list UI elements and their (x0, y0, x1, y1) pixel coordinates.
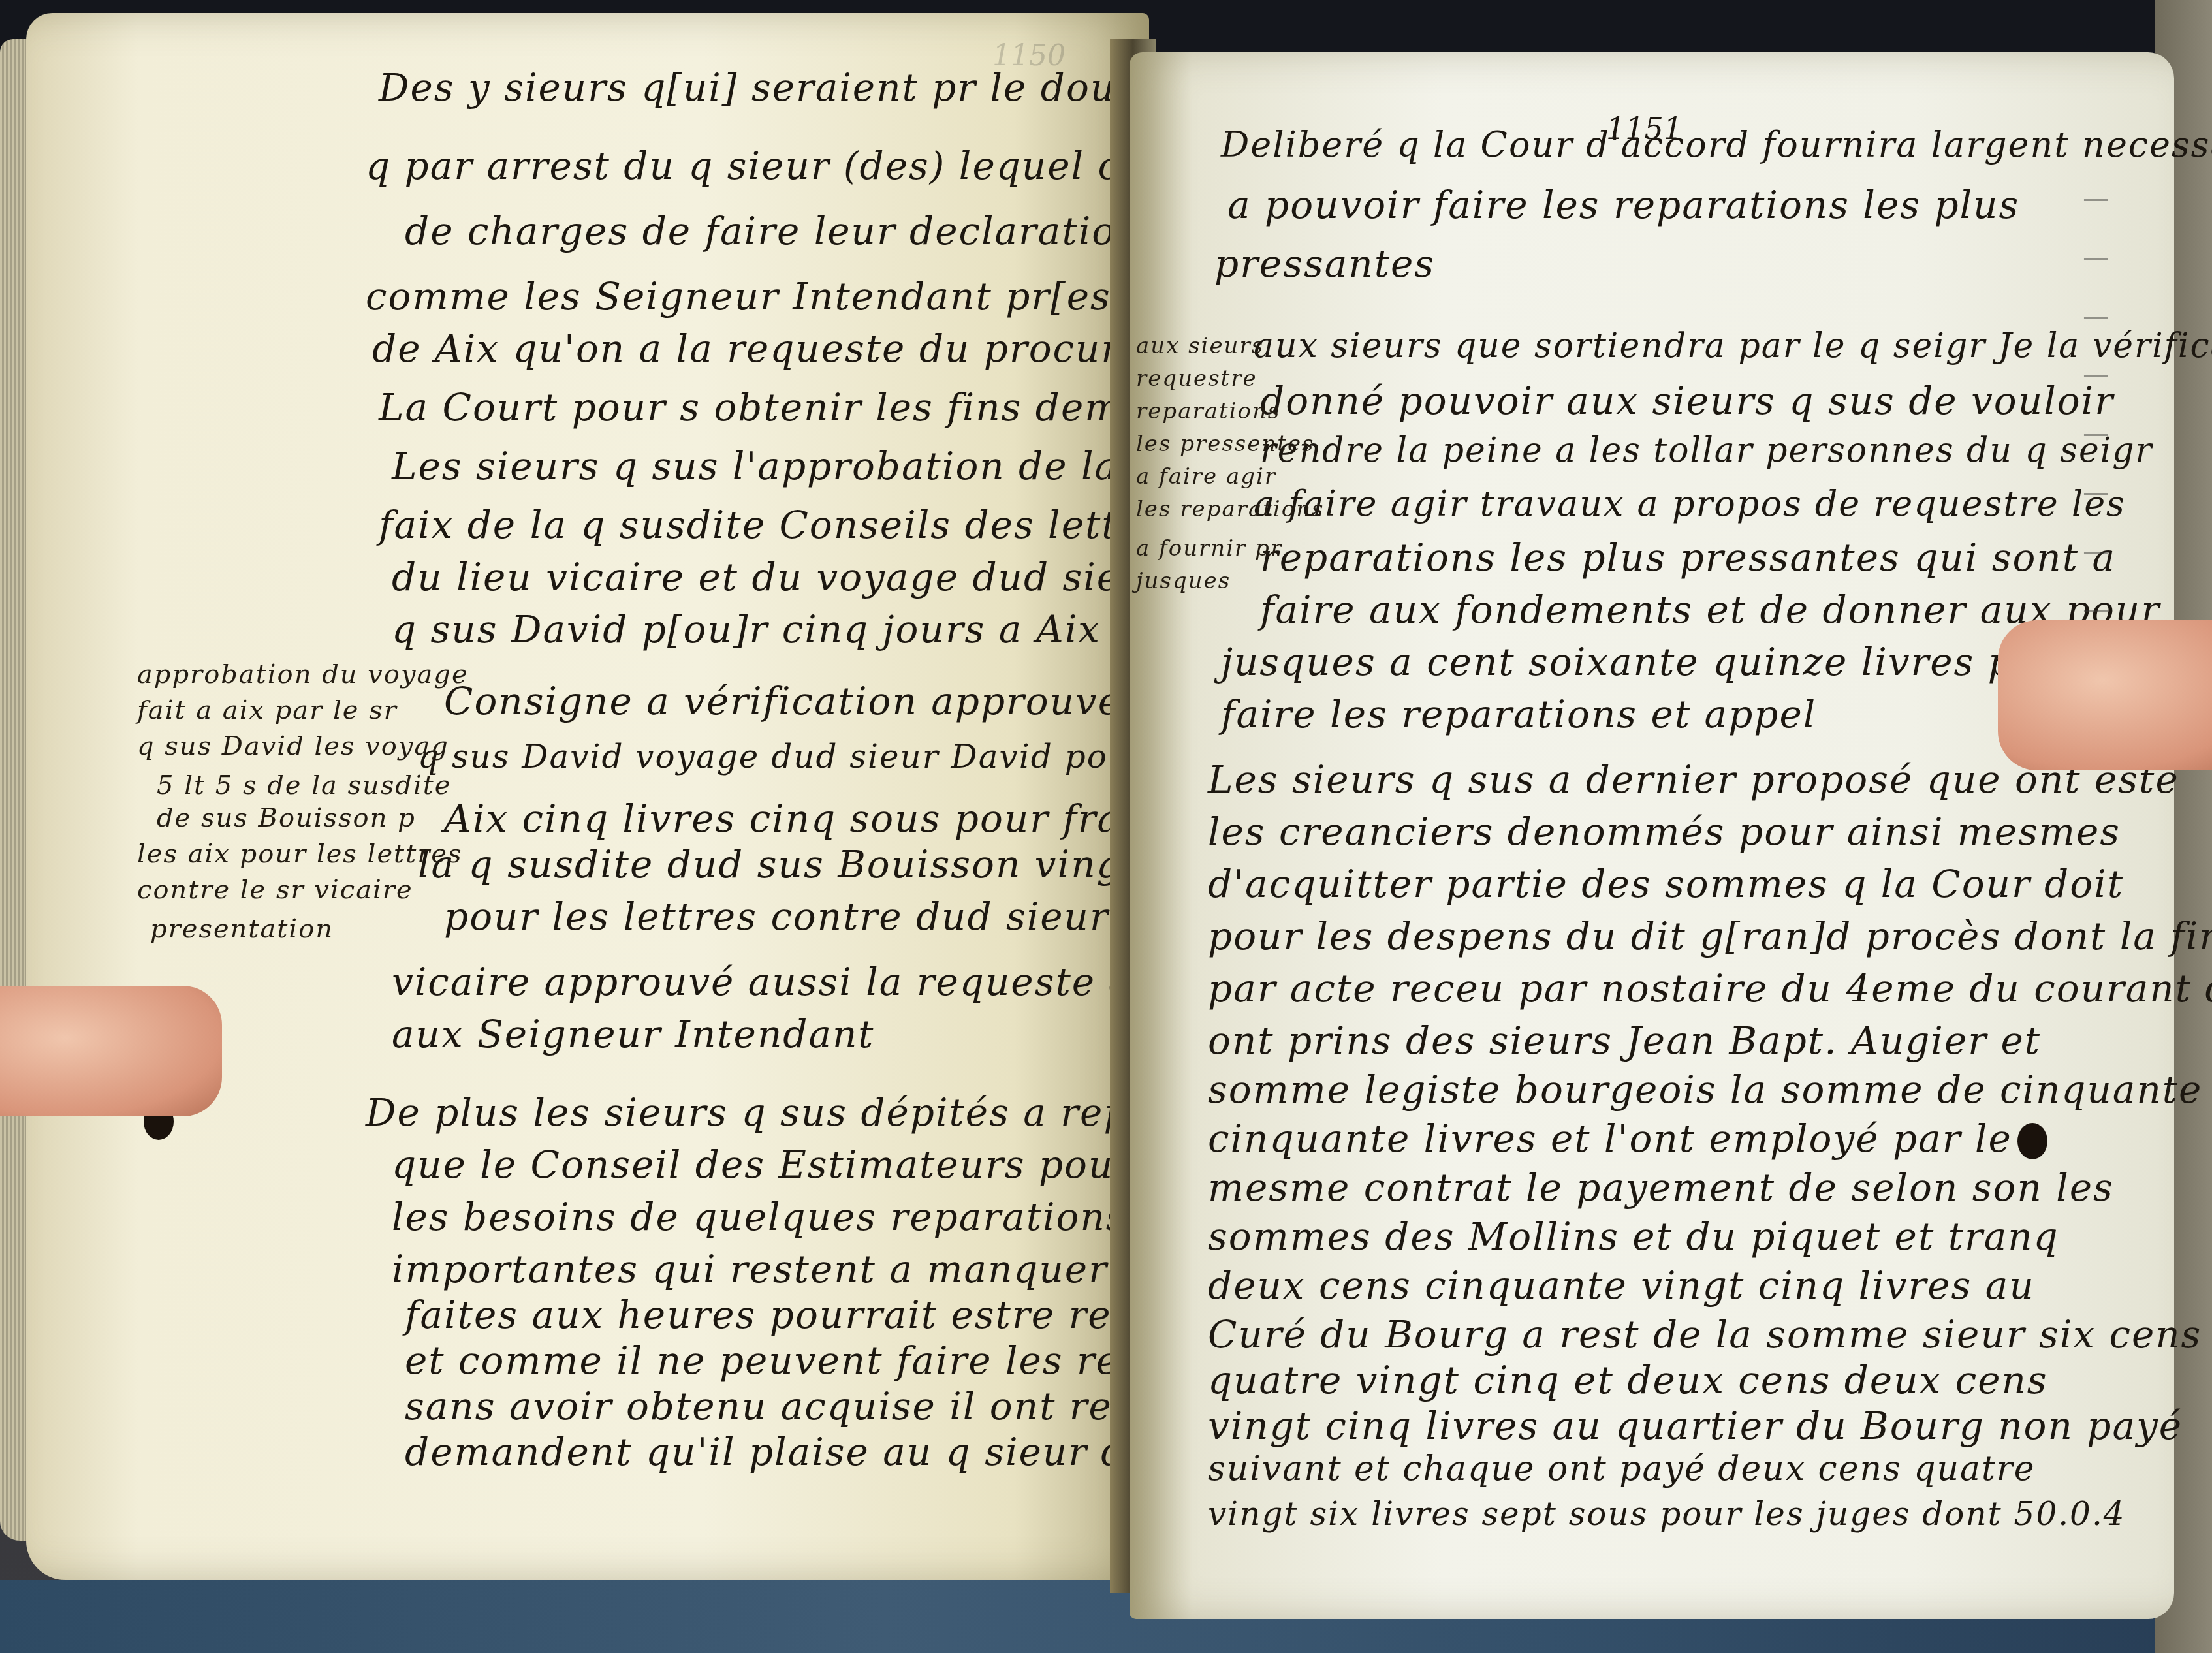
margin-note-line: a fournir pr (1136, 535, 1282, 561)
manuscript-line: vingt cinq livres au quartier du Bourg n… (1208, 1404, 2183, 1448)
margin-note-line: presentation (150, 914, 334, 944)
manuscript-line: de charges de faire leur declarations et (405, 209, 1216, 253)
manuscript-line: mesme contrat le payement de selon son l… (1208, 1165, 2114, 1210)
manuscript-line: a faire agir travaux a propos de request… (1254, 483, 2126, 524)
manuscript-line: de Aix qu'on a la requeste du procureur (372, 326, 1190, 371)
manuscript-line: q sus David p[ou]r cinq jours a Aix (392, 607, 1101, 652)
margin-note-line: les aix pour les lettres (137, 839, 463, 869)
manuscript-line: cinquante livres et l'ont employé par le (1208, 1116, 2012, 1161)
manuscript-line: Deliberé q la Cour d'accord fournira lar… (1221, 124, 2212, 165)
margin-note-line: de sus Bouisson p (157, 803, 416, 833)
manuscript-line: Consigne a vérification approuvée (444, 679, 1146, 723)
manuscript-line: pressantes (1214, 242, 1435, 286)
manuscript-line: les creanciers denommés pour ainsi mesme… (1208, 810, 2121, 854)
manuscript-line: suivant et chaque ont payé deux cens qua… (1208, 1449, 2036, 1488)
manuscript-line: aux sieurs que sortiendra par le q seigr… (1254, 326, 2212, 366)
manuscript-line: reparations les plus pressantes qui sont… (1260, 535, 2116, 580)
manuscript-line: Curé du Bourg a rest de la somme sieur s… (1208, 1312, 2202, 1357)
right-page: 1151 Deliberé q la Cour d'accord fournir… (1130, 52, 2174, 1619)
manuscript-line: sommes des Mollins et du piquet et tranq (1208, 1214, 2059, 1259)
manuscript-line: a pouvoir faire les reparations les plus (1227, 183, 2019, 227)
worm-hole (2017, 1123, 2047, 1159)
underlying-page-text: ———————— (2083, 170, 2109, 640)
manuscript-line: faix de la q susdite Conseils des lettre… (379, 503, 1182, 547)
manuscript-line: Aix cinq livres cinq sous pour frais de (444, 796, 1218, 841)
margin-note-line: approbation du voyage (137, 659, 469, 689)
manuscript-line: par acte receu par nostaire du 4eme du c… (1208, 966, 2212, 1011)
margin-note-line: a faire agir (1136, 464, 1276, 490)
margin-note-line: les pressentes (1136, 431, 1315, 457)
left-thumb (0, 986, 222, 1116)
left-page: 1150 Des y sieurs q[ui] seraient pr le d… (26, 13, 1149, 1580)
margin-note-line: fait a aix par le sr (137, 695, 398, 725)
manuscript-line: les besoins de quelques reparations bien (392, 1195, 1228, 1239)
margin-note-line: 5 lt 5 s de la susdite (157, 770, 451, 800)
manuscript-line: somme legiste bourgeois la somme de cinq… (1208, 1067, 2202, 1112)
margin-note-line: contre le sr vicaire (137, 875, 413, 905)
margin-note-line: q sus David les voyag (137, 731, 449, 761)
margin-note-line: jusques (1136, 568, 1231, 594)
manuscript-line: aux Seigneur Intendant (392, 1012, 875, 1056)
manuscript-line: vingt six livres sept sous pour les juge… (1208, 1495, 2126, 1533)
manuscript-line: pour les lettres contre dud sieur (444, 894, 1109, 939)
manuscript-line: quatre vingt cinq et deux cens deux cens (1208, 1358, 2048, 1402)
right-thumb (1998, 620, 2212, 770)
manuscript-line: donné pouvoir aux sieurs q sus de vouloi… (1260, 379, 2114, 423)
manuscript-line: faire les reparations et appel (1221, 692, 1816, 736)
margin-note-line: reparations (1136, 398, 1280, 424)
manuscript-line: ont prins des sieurs Jean Bapt. Augier e… (1208, 1018, 2041, 1063)
manuscript-line: du lieu vicaire et du voyage dud sieur (392, 555, 1165, 599)
manuscript-line: deux cens cinquante vingt cinq livres au (1208, 1263, 2035, 1308)
manuscript-line: d'acquitter partie des sommes q la Cour … (1208, 862, 2124, 906)
margin-note-line: aux sieurs (1136, 333, 1264, 359)
manuscript-line: pour les despens du dit g[ran]d procès d… (1208, 914, 2212, 958)
margin-note-line: les reparations (1136, 496, 1325, 522)
manuscript-line: rendre la peine a les tollar personnes d… (1260, 431, 2153, 470)
margin-note-line: requestre (1136, 366, 1257, 392)
